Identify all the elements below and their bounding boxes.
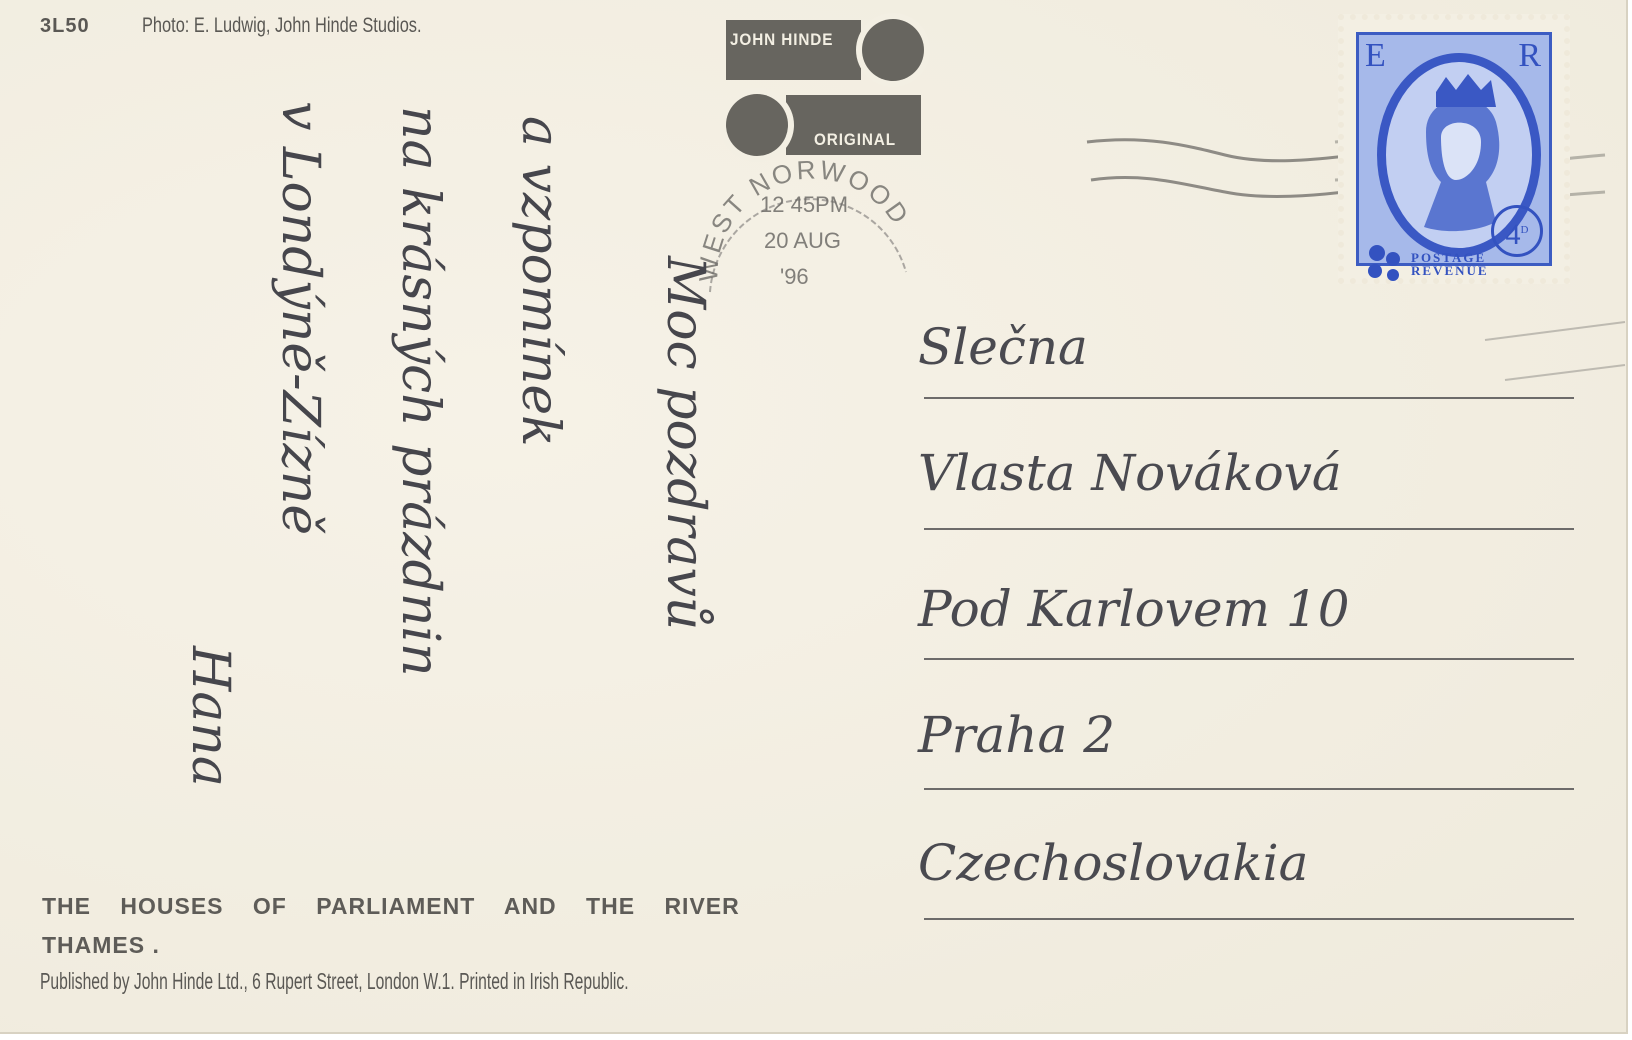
- address-line-5: Czechoslovakia: [918, 834, 1308, 892]
- postmark-time: 12 45PM: [760, 192, 848, 218]
- stamp-letter-e: E: [1365, 37, 1386, 75]
- postcard-back: 3L50 Photo: E. Ludwig, John Hinde Studio…: [0, 0, 1628, 1034]
- message-line-4: v Londýně-Zízně: [270, 101, 330, 535]
- floral-emblem-icon: [1363, 241, 1407, 285]
- logo-bar-top: [726, 20, 861, 80]
- message-signature: Hana: [180, 646, 240, 787]
- stamp-value: 4D: [1491, 205, 1543, 257]
- message-line-3: na krásných prázdnin: [390, 106, 450, 677]
- logo-circle-top: [862, 19, 924, 81]
- stamp-value-number: 4: [1506, 218, 1521, 251]
- caption-title-line-1: THE HOUSES OF PARLIAMENT AND THE RIVER: [42, 893, 740, 920]
- postmark-year: '96: [780, 264, 809, 290]
- address-line-1: Slečna: [918, 318, 1088, 376]
- publisher-line: Published by John Hinde Ltd., 6 Rupert S…: [40, 968, 629, 995]
- logo-top-text: JOHN HINDE: [730, 30, 833, 50]
- address-rule-5: [924, 918, 1574, 920]
- message-line-2: a vzpomínek: [510, 116, 570, 447]
- address-rule-4: [924, 788, 1574, 790]
- address-rule-1: [924, 397, 1574, 399]
- address-line-4: Praha 2: [918, 706, 1115, 764]
- address-line-2: Vlasta Nováková: [918, 444, 1342, 502]
- stamp-caption-revenue: REVENUE: [1411, 264, 1489, 277]
- photo-credit: Photo: E. Ludwig, John Hinde Studios.: [142, 14, 422, 38]
- stamp-value-suffix: D: [1521, 224, 1529, 236]
- postmark-date: 20 AUG: [764, 228, 841, 254]
- address-rule-3: [924, 658, 1574, 660]
- address-rule-2: [924, 528, 1574, 530]
- stamp-face: E R POSTAGE REVENUE 4D: [1356, 32, 1552, 266]
- caption-title-line-2: THAMES .: [42, 932, 160, 959]
- address-line-3: Pod Karlovem 10: [918, 580, 1350, 638]
- stamp-caption: POSTAGE REVENUE: [1411, 251, 1489, 277]
- handwritten-message: Moc pozdravů a vzpomínek na krásných prá…: [150, 86, 730, 886]
- card-code: 3L50: [40, 15, 90, 38]
- postage-stamp: E R POSTAGE REVENUE 4D: [1338, 14, 1570, 284]
- message-line-1: Moc pozdravů: [655, 256, 715, 630]
